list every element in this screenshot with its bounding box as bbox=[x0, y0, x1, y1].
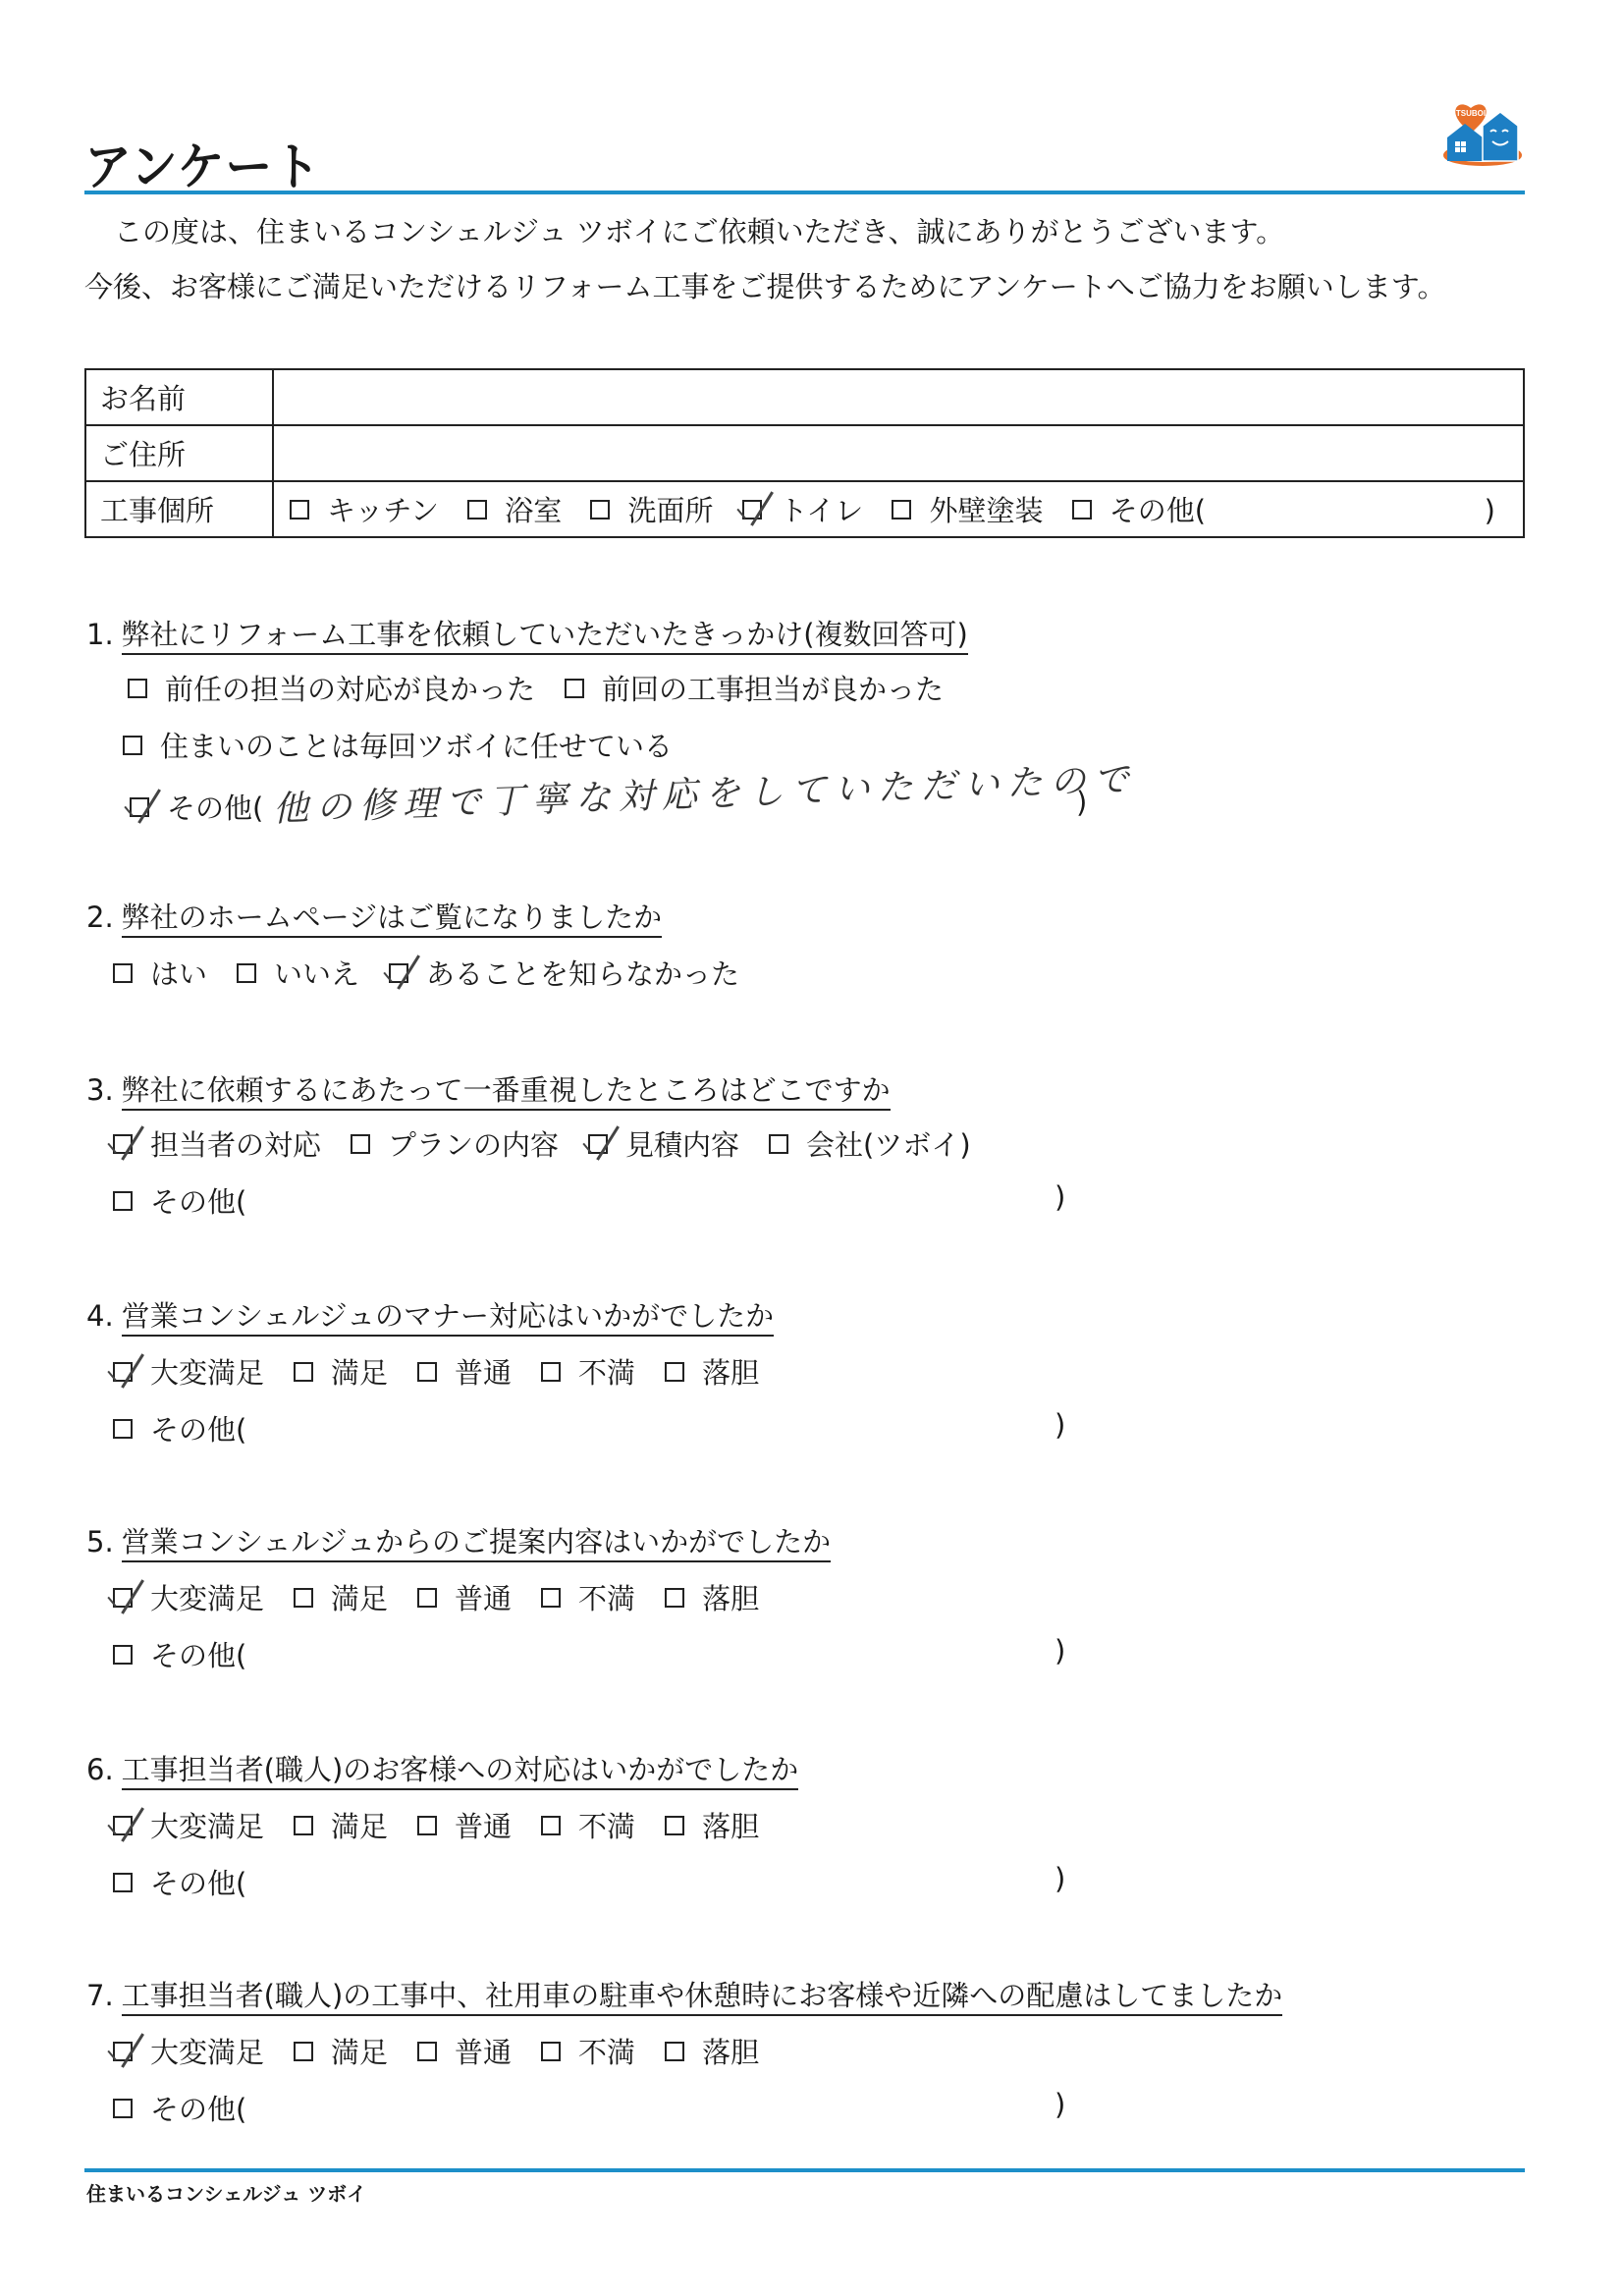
q6-other-close: ) bbox=[1055, 1862, 1065, 1895]
question-7-title: 7.工事担当者(職人)の工事中、社用車の駐車や休憩時にお客様や近隣への配慮はして… bbox=[86, 1974, 1282, 2014]
checkbox-icon[interactable] bbox=[541, 1362, 561, 1382]
checkbox-icon[interactable] bbox=[237, 963, 256, 983]
checkbox-icon[interactable] bbox=[113, 1419, 133, 1439]
checkbox-icon[interactable] bbox=[113, 1873, 133, 1892]
q6-option-satisfied[interactable]: 満足 bbox=[294, 1805, 388, 1845]
checkbox-icon[interactable] bbox=[541, 2042, 561, 2061]
question-4-title: 4.営業コンシェルジュのマナー対応はいかがでしたか bbox=[86, 1294, 774, 1335]
q4-other-close: ) bbox=[1055, 1408, 1065, 1442]
question-6-title: 6.工事担当者(職人)のお客様への対応はいかがでしたか bbox=[86, 1748, 798, 1788]
q1-option-prev-construction[interactable]: 前回の工事担当が良かった bbox=[565, 668, 944, 708]
checkbox-icon[interactable] bbox=[892, 500, 911, 519]
checkbox-icon[interactable] bbox=[294, 2042, 313, 2061]
question-1-title: 1.弊社にリフォーム工事を依頼していただいたきっかけ(複数回答可) bbox=[86, 613, 968, 653]
question-6-other-row: その他( bbox=[113, 1862, 276, 1902]
tsuboi-house-logo-icon: TSUBOI bbox=[1441, 100, 1522, 169]
checkbox-icon[interactable] bbox=[128, 679, 147, 698]
checkbox-checked-icon[interactable] bbox=[113, 1362, 133, 1382]
location-options: キッチン 浴室 洗面所 トイレ 外壁塗装 その他( ) bbox=[273, 481, 1524, 537]
question-1-options-row-1: 前任の担当の対応が良かった 前回の工事担当が良かった bbox=[128, 668, 973, 708]
q2-option-yes[interactable]: はい bbox=[113, 953, 207, 993]
intro-line-1: この度は、住まいるコンシェルジュ ツボイにご依頼いただき、誠にありがとうございま… bbox=[114, 210, 1284, 250]
location-option-toilet[interactable]: トイレ bbox=[742, 489, 864, 529]
checkbox-icon[interactable] bbox=[294, 1362, 313, 1382]
checkbox-checked-icon[interactable] bbox=[113, 1134, 133, 1154]
q5-other-close: ) bbox=[1055, 1634, 1065, 1667]
header-divider bbox=[84, 191, 1525, 194]
q4-option-neutral[interactable]: 普通 bbox=[417, 1351, 512, 1392]
question-4-options: 大変満足 満足 普通 不満 落胆 bbox=[113, 1351, 788, 1392]
q5-option-other[interactable]: その他( bbox=[113, 1634, 246, 1674]
q5-option-very-satisfied[interactable]: 大変満足 bbox=[113, 1577, 264, 1617]
checkbox-icon[interactable] bbox=[417, 1816, 437, 1835]
q5-option-satisfied[interactable]: 満足 bbox=[294, 1577, 388, 1617]
q2-option-didnt-know[interactable]: あることを知らなかった bbox=[389, 953, 739, 993]
q4-option-dissatisfied[interactable]: 不満 bbox=[541, 1351, 635, 1392]
q7-option-satisfied[interactable]: 満足 bbox=[294, 2031, 388, 2071]
checkbox-icon[interactable] bbox=[665, 1816, 684, 1835]
svg-text:TSUBOI: TSUBOI bbox=[1456, 109, 1486, 118]
q7-option-dissatisfied[interactable]: 不満 bbox=[541, 2031, 635, 2071]
q7-other-close: ) bbox=[1055, 2088, 1065, 2121]
q1-option-prev-staff[interactable]: 前任の担当の対応が良かった bbox=[128, 668, 535, 708]
checkbox-icon[interactable] bbox=[113, 963, 133, 983]
q4-option-very-satisfied[interactable]: 大変満足 bbox=[113, 1351, 264, 1392]
q1-other-close: ) bbox=[1076, 786, 1087, 819]
checkbox-icon[interactable] bbox=[541, 1588, 561, 1608]
q3-option-company[interactable]: 会社(ツボイ) bbox=[769, 1123, 971, 1164]
q3-option-staff-response[interactable]: 担当者の対応 bbox=[113, 1123, 321, 1164]
checkbox-icon[interactable] bbox=[590, 500, 610, 519]
checkbox-icon[interactable] bbox=[665, 2042, 684, 2061]
q4-option-other[interactable]: その他( bbox=[113, 1408, 246, 1449]
checkbox-checked-icon[interactable] bbox=[113, 1816, 133, 1835]
question-3-title: 3.弊社に依頼するにあたって一番重視したところはどこですか bbox=[86, 1068, 891, 1109]
checkbox-checked-icon[interactable] bbox=[588, 1134, 608, 1154]
checkbox-checked-icon[interactable] bbox=[113, 2042, 133, 2061]
location-other-close: ) bbox=[1485, 494, 1495, 527]
q5-option-disappointed[interactable]: 落胆 bbox=[665, 1577, 759, 1617]
checkbox-icon[interactable] bbox=[294, 1816, 313, 1835]
checkbox-checked-icon[interactable] bbox=[113, 1588, 133, 1608]
q4-option-satisfied[interactable]: 満足 bbox=[294, 1351, 388, 1392]
q7-option-very-satisfied[interactable]: 大変満足 bbox=[113, 2031, 264, 2071]
checkbox-icon[interactable] bbox=[113, 1191, 133, 1211]
question-2-options: はい いいえ あることを知らなかった bbox=[113, 953, 769, 993]
question-7-options: 大変満足 満足 普通 不満 落胆 bbox=[113, 2031, 788, 2071]
checkbox-checked-icon[interactable] bbox=[130, 797, 149, 817]
page-title: アンケート bbox=[84, 126, 321, 199]
location-option-other[interactable]: その他( bbox=[1072, 489, 1206, 529]
question-1-options-row-3: その他( 他の修理で丁寧な対応をしていただいたので bbox=[130, 782, 1137, 832]
location-label: 工事個所 bbox=[85, 481, 273, 537]
question-5-other-row: その他( bbox=[113, 1634, 276, 1674]
intro-line-2: 今後、お客様にご満足いただけるリフォーム工事をご提供するためにアンケートへご協力… bbox=[84, 265, 1446, 305]
q4-option-disappointed[interactable]: 落胆 bbox=[665, 1351, 759, 1392]
q3-option-plan[interactable]: プランの内容 bbox=[351, 1123, 559, 1164]
q1-option-always-tsuboi[interactable]: 住まいのことは毎回ツボイに任せている bbox=[123, 725, 673, 765]
q3-option-other[interactable]: その他( bbox=[113, 1180, 246, 1221]
checkbox-icon[interactable] bbox=[123, 736, 142, 755]
footer-company-name: 住まいるコンシェルジュ ツボイ bbox=[86, 2178, 366, 2207]
question-4-other-row: その他( bbox=[113, 1408, 276, 1449]
q7-option-disappointed[interactable]: 落胆 bbox=[665, 2031, 759, 2071]
question-7-other-row: その他( bbox=[113, 2088, 276, 2128]
q3-other-close: ) bbox=[1055, 1180, 1065, 1214]
question-2-title: 2.弊社のホームページはご覧になりましたか bbox=[86, 896, 662, 936]
checkbox-icon[interactable] bbox=[417, 1362, 437, 1382]
question-5-options: 大変満足 満足 普通 不満 落胆 bbox=[113, 1577, 788, 1617]
question-6-options: 大変満足 満足 普通 不満 落胆 bbox=[113, 1805, 788, 1845]
checkbox-checked-icon[interactable] bbox=[389, 963, 408, 983]
q1-option-other[interactable]: その他( bbox=[130, 787, 263, 827]
checkbox-icon[interactable] bbox=[294, 1588, 313, 1608]
checkbox-icon[interactable] bbox=[1072, 500, 1092, 519]
question-1-options-row-2: 住まいのことは毎回ツボイに任せている bbox=[123, 725, 702, 765]
location-option-kitchen[interactable]: キッチン bbox=[290, 489, 439, 529]
name-field[interactable] bbox=[273, 369, 1524, 425]
q7-option-other[interactable]: その他( bbox=[113, 2088, 246, 2128]
checkbox-checked-icon[interactable] bbox=[742, 500, 762, 519]
q6-option-neutral[interactable]: 普通 bbox=[417, 1805, 512, 1845]
checkbox-icon[interactable] bbox=[113, 1645, 133, 1665]
address-field[interactable] bbox=[273, 425, 1524, 481]
q3-option-estimate[interactable]: 見積内容 bbox=[588, 1123, 739, 1164]
q7-option-neutral[interactable]: 普通 bbox=[417, 2031, 512, 2071]
question-5-title: 5.営業コンシェルジュからのご提案内容はいかがでしたか bbox=[86, 1520, 831, 1560]
location-option-washroom[interactable]: 洗面所 bbox=[590, 489, 713, 529]
location-option-bath[interactable]: 浴室 bbox=[467, 489, 562, 529]
checkbox-icon[interactable] bbox=[113, 2099, 133, 2118]
checkbox-icon[interactable] bbox=[351, 1134, 370, 1154]
location-option-exterior-paint[interactable]: 外壁塗装 bbox=[892, 489, 1043, 529]
checkbox-icon[interactable] bbox=[467, 500, 487, 519]
q5-option-dissatisfied[interactable]: 不満 bbox=[541, 1577, 635, 1617]
q6-option-other[interactable]: その他( bbox=[113, 1862, 246, 1902]
checkbox-icon[interactable] bbox=[665, 1588, 684, 1608]
checkbox-icon[interactable] bbox=[769, 1134, 788, 1154]
checkbox-icon[interactable] bbox=[417, 2042, 437, 2061]
customer-info-table: お名前 ご住所 工事個所 キッチン 浴室 洗面所 トイレ 外壁塗装 その他( ) bbox=[84, 368, 1525, 538]
footer-divider bbox=[84, 2168, 1525, 2172]
address-label: ご住所 bbox=[85, 425, 273, 481]
checkbox-icon[interactable] bbox=[417, 1588, 437, 1608]
checkbox-icon[interactable] bbox=[290, 500, 309, 519]
q6-option-disappointed[interactable]: 落胆 bbox=[665, 1805, 759, 1845]
name-label: お名前 bbox=[85, 369, 273, 425]
question-3-options: 担当者の対応 プランの内容 見積内容 会社(ツボイ) bbox=[113, 1123, 1001, 1164]
q6-option-dissatisfied[interactable]: 不満 bbox=[541, 1805, 635, 1845]
question-3-other-row: その他( bbox=[113, 1180, 276, 1221]
checkbox-icon[interactable] bbox=[565, 679, 584, 698]
q6-option-very-satisfied[interactable]: 大変満足 bbox=[113, 1805, 264, 1845]
q2-option-no[interactable]: いいえ bbox=[237, 953, 359, 993]
q5-option-neutral[interactable]: 普通 bbox=[417, 1577, 512, 1617]
checkbox-icon[interactable] bbox=[665, 1362, 684, 1382]
checkbox-icon[interactable] bbox=[541, 1816, 561, 1835]
